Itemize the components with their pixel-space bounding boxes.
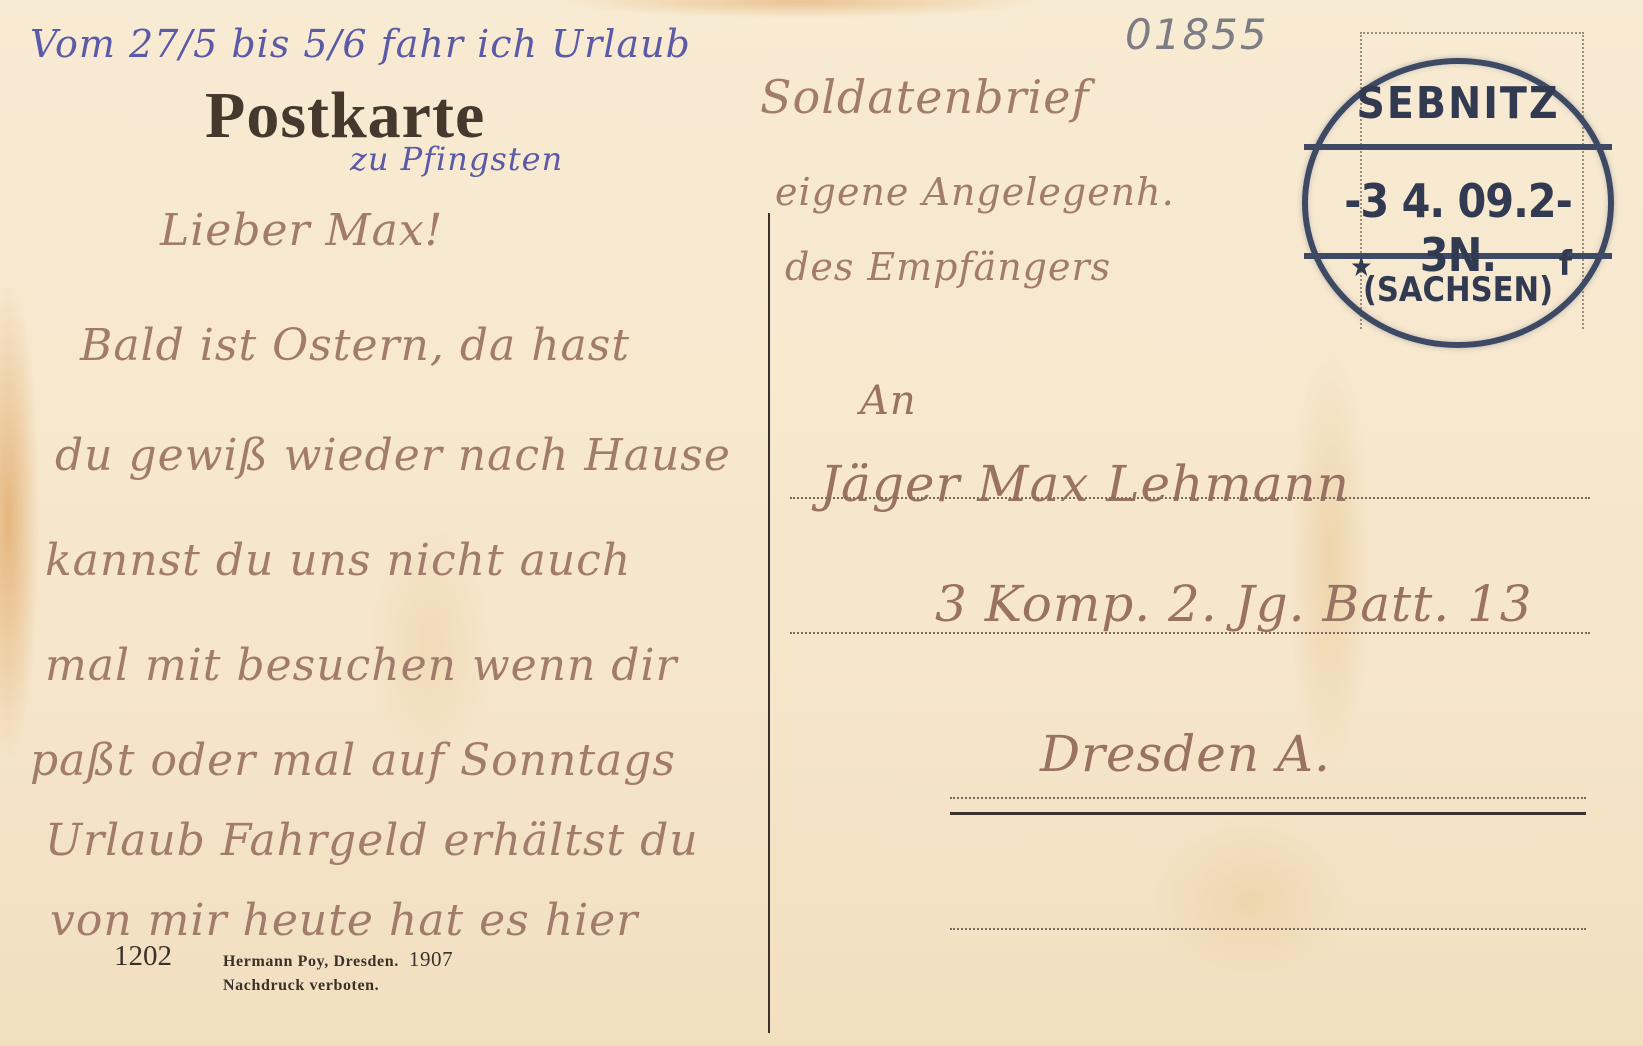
postcard: Postkarte Vom 27/5 bis 5/6 fahr ich Urla… <box>0 0 1643 1046</box>
address-dotted-line-4 <box>950 928 1586 930</box>
blue-pencil-note-line-1: Vom 27/5 bis 5/6 fahr ich Urlaub <box>30 22 691 66</box>
message-line-7: Urlaub Fahrgeld erhältst du <box>45 815 699 866</box>
center-divider <box>768 213 770 1033</box>
publisher-block: Hermann Poy, Dresden.1907 Nachdruck verb… <box>223 947 453 998</box>
postmark-city: SEBNITZ <box>1308 78 1608 129</box>
side-note-line-2: eigene Angelegenh. <box>775 170 1175 214</box>
address-dotted-line-3 <box>950 797 1586 799</box>
postmark: SEBNITZ -3 4. 09.2-3N. ★ (SACHSEN) f <box>1302 58 1614 348</box>
message-line-4: kannst du uns nicht auch <box>45 535 631 586</box>
address-dotted-line-2 <box>790 632 1590 634</box>
side-note-line-3: des Empfängers <box>785 245 1111 289</box>
message-line-2: Bald ist Ostern, da hast <box>80 320 630 371</box>
postmark-letter: f <box>1559 244 1572 284</box>
message-line-1: Lieber Max! <box>160 205 443 256</box>
address-prefix: An <box>860 378 917 424</box>
address-line-2: 3 Komp. 2. Jg. Batt. 13 <box>935 575 1533 633</box>
archive-mark: 01855 <box>1125 10 1269 59</box>
message-line-5: mal mit besuchen wenn dir <box>45 640 678 691</box>
address-line-3: Dresden A. <box>1040 725 1331 783</box>
address-solid-line <box>950 812 1586 815</box>
publish-year: 1907 <box>409 947 453 971</box>
address-dotted-line-1 <box>790 497 1590 499</box>
address-line-1: Jäger Max Lehmann <box>820 455 1350 513</box>
side-note-line-1: Soldatenbrief <box>760 70 1090 124</box>
blue-pencil-note-line-2: zu Pfingsten <box>350 140 563 178</box>
message-line-8: von mir heute hat es hier <box>50 895 638 946</box>
message-line-6: paßt oder mal auf Sonntags <box>30 735 676 786</box>
reprint-notice: Nachdruck verboten. <box>223 977 379 994</box>
catalog-number: 1202 <box>114 940 172 973</box>
message-line-3: du gewiß wieder nach Hause <box>55 430 731 481</box>
publisher: Hermann Poy, Dresden. <box>223 953 399 970</box>
